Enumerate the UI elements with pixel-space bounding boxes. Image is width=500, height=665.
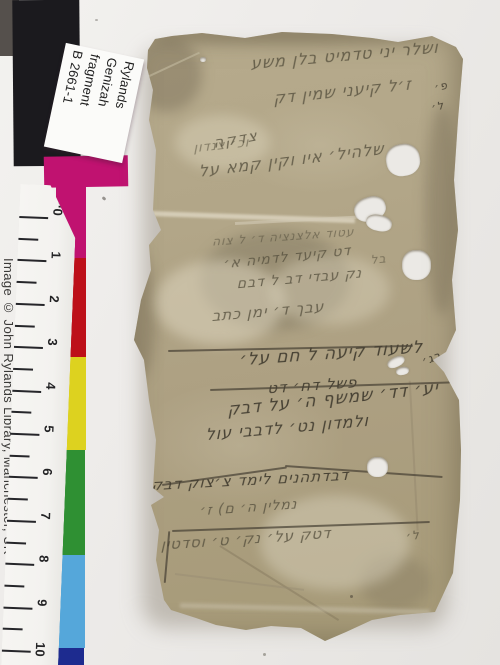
handwriting-line: יע׳ דד׳ שמשף ה׳ על דבק <box>202 378 439 423</box>
crease <box>145 52 200 79</box>
ruler-number: 3 <box>45 338 60 346</box>
hole <box>351 193 389 226</box>
ruler-tick-major <box>2 650 31 653</box>
handwriting-line: שלהיל׳ איו וקין קמא על <box>148 139 385 187</box>
speck <box>263 653 266 656</box>
handwriting-line: עטוד אלצנציה ד׳ ל צוה <box>207 225 355 249</box>
ruler-tick-minor <box>13 368 33 371</box>
ruler-tick-minor <box>10 454 30 457</box>
ruler-number: 10 <box>33 642 49 657</box>
handwriting-line: נמלין ה׳ ם) ז׳ <box>202 496 297 519</box>
ruler-number: 9 <box>35 598 50 606</box>
drawn-line <box>162 466 287 486</box>
handwriting-margin-mark: ל׳ <box>430 99 446 115</box>
stain <box>150 30 430 44</box>
stain <box>360 555 430 610</box>
handwriting-line: עבך ד׳ ימן כתב <box>190 297 325 327</box>
ruler-tick-major <box>9 476 38 479</box>
ruler-tick-minor <box>3 628 23 631</box>
worn-spot <box>260 495 410 590</box>
crease <box>180 603 430 615</box>
handwriting-line: לשעוד קיעה ל חם על׳ <box>171 337 423 375</box>
handwriting-line: ושלר יני טדמיט בלן משע <box>160 38 439 82</box>
ruler-number: 6 <box>40 468 55 476</box>
handwriting-line: ולמדון נט׳ לדבבי עול <box>150 411 369 449</box>
ruler-number: 8 <box>36 555 51 563</box>
ruler-tick-minor <box>18 238 38 241</box>
speck <box>95 19 98 21</box>
tear-streak <box>150 211 355 223</box>
ruler-tick-minor <box>6 541 26 544</box>
manuscript-fragment: ושלר יני טדמיט בלן משע ז׳ל קיעני שמין דק… <box>120 25 465 647</box>
drawn-line <box>210 381 450 391</box>
ruler-tick-major <box>17 259 46 262</box>
drawn-line <box>172 521 430 532</box>
ruler-tick-major <box>5 563 34 566</box>
drawn-line-hook <box>164 531 171 583</box>
handwriting-line: דטק על׳ נק׳ ט׳ וסדטין <box>186 524 331 552</box>
ruler-tick-minor <box>16 281 36 284</box>
ruler-number: 4 <box>43 382 58 390</box>
ruler-tick-major <box>3 606 32 609</box>
drawn-line <box>285 465 443 478</box>
hole <box>200 57 206 62</box>
tear-streak <box>235 215 365 225</box>
ruler-tick-major <box>12 389 41 392</box>
hole <box>367 457 388 477</box>
hole <box>402 250 431 280</box>
worn-spot <box>175 115 270 170</box>
crease <box>409 381 418 531</box>
ruler-tick-major <box>19 216 48 219</box>
handwriting-margin-mark: פ׳ <box>433 79 449 95</box>
handwriting-line: דבדתהנים לימד צ׳צוק דבק <box>154 466 350 494</box>
ruler-number: 7 <box>38 512 53 520</box>
worn-spot <box>270 255 390 325</box>
handwriting-line: צדקה <box>213 126 259 152</box>
speck <box>102 196 107 201</box>
hole <box>395 366 409 376</box>
ruler-tick-minor <box>8 498 28 501</box>
ruler-tick-major <box>7 519 36 522</box>
crease <box>175 573 304 590</box>
worn-spot <box>155 260 285 345</box>
ruler-tick-major <box>14 346 43 349</box>
drawn-line <box>168 345 413 352</box>
speck <box>350 595 353 598</box>
handwriting-line: ז׳ל קיעני שמין דק <box>168 74 412 119</box>
hole <box>386 354 407 371</box>
ruler-tick-minor <box>4 585 24 588</box>
hole <box>383 141 422 178</box>
handwriting-line: דט קיעד לדמיה א׳ <box>197 243 351 275</box>
ruler-tick-major <box>16 303 45 306</box>
stain <box>200 230 350 330</box>
handwriting-margin-mark: ל׳ <box>405 528 421 544</box>
ruler-tick-major <box>10 433 39 436</box>
handwriting-line: נק עבדי דב ל דבם <box>183 265 363 297</box>
handwriting-margin-mark: בל <box>370 251 387 267</box>
stain <box>425 105 459 315</box>
crease <box>220 545 340 620</box>
ruler-tick-minor <box>15 324 35 327</box>
ruler-number: 2 <box>47 295 62 303</box>
ruler-number: 5 <box>42 425 57 433</box>
hole <box>365 212 394 233</box>
ruler-tick-minor <box>11 411 31 414</box>
handwriting-line: פשל דח׳ דט <box>259 373 357 398</box>
ruler-number: 1 <box>48 252 63 260</box>
